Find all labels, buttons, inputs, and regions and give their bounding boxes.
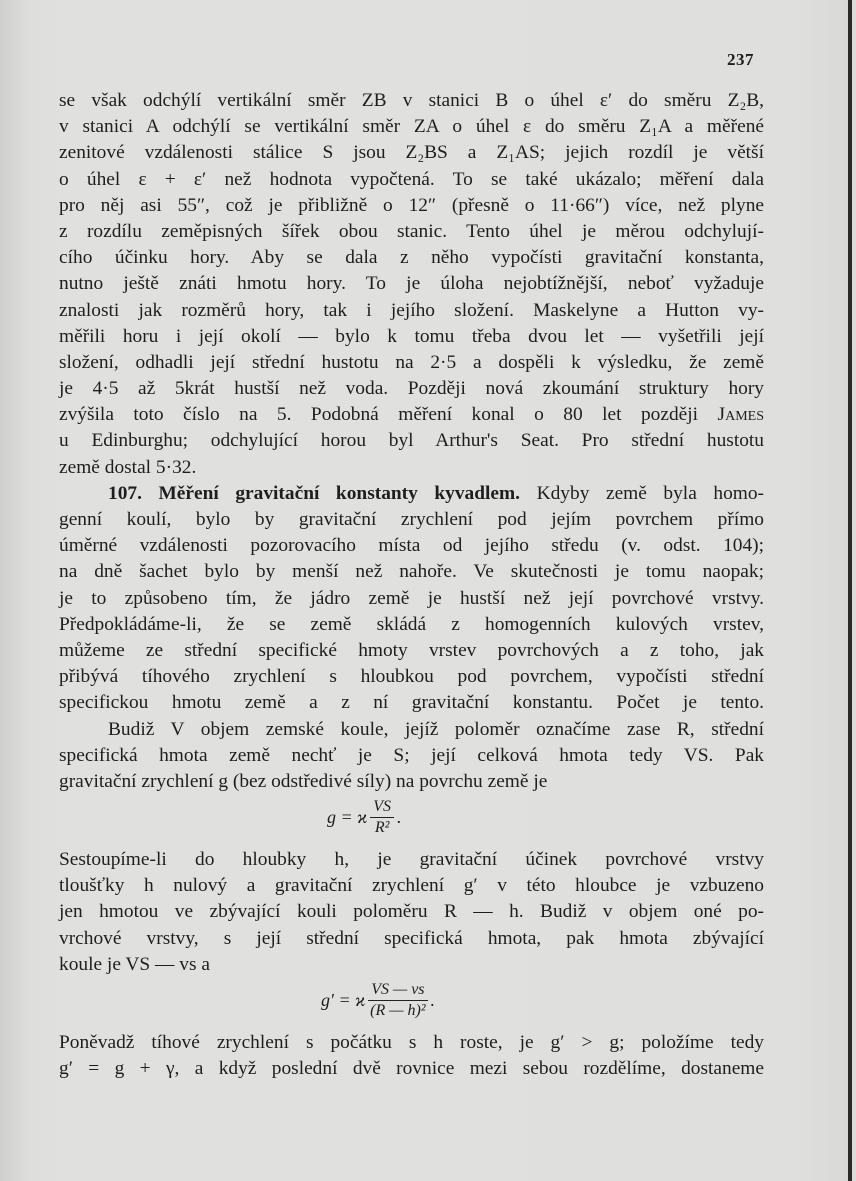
section-heading-line: 107. Měření gravitační konstanty kyvadle… <box>59 481 764 507</box>
text-line: je to způsobeno tím, že jádro země je hu… <box>59 586 764 612</box>
text-line: složení, odhadli její střední hustotu na… <box>59 350 764 376</box>
paragraph-earth-volume: Budiž V objem zemské koule, jejíž polomě… <box>59 717 764 796</box>
text-fragment: zvýšila toto číslo na 5. Podobná měření … <box>59 404 698 425</box>
equation-surface-gravity: g = ϰ VS R² . <box>59 795 764 847</box>
text-line: pro něj asi 55″, což je přibližně o 12″ … <box>59 193 764 219</box>
equation-period: . <box>431 987 436 1013</box>
equation-lhs: g′ = ϰ <box>321 987 365 1013</box>
text-line: zenitové vzdálenosti stálice S jsou Z₂BS… <box>59 140 764 166</box>
text-line: Sestoupíme-li do hloubky h, je gravitačn… <box>59 847 764 873</box>
text-line: se však odchýlí vertikální směr ZB v sta… <box>59 88 764 114</box>
text-line: specifická hmota země nechť je S; její c… <box>59 743 764 769</box>
text-line: tloušťky h nulový a gravitační zrychlení… <box>59 873 764 899</box>
page-number: 237 <box>727 50 754 70</box>
equation-lhs: g = ϰ <box>327 804 367 830</box>
text-line: specifickou hmotu země a z ní gravitační… <box>59 690 764 716</box>
text-line: z rozdílu zeměpisných šířek obou stanic.… <box>59 219 764 245</box>
paragraph-mountain-deflection: se však odchýlí vertikální směr ZB v sta… <box>59 88 764 481</box>
page-body: se však odchýlí vertikální směr ZB v sta… <box>59 88 764 1082</box>
section-heading: 107. Měření gravitační konstanty kyvadle… <box>108 483 520 504</box>
text-line: cího účinku hory. Aby se dala z něho vyp… <box>59 245 764 271</box>
text-line: můžeme ze střední specifické hmoty vrste… <box>59 638 764 664</box>
paragraph-gravity-increase: Poněvadž tíhové zrychlení s počátku s h … <box>59 1030 764 1082</box>
fraction-denominator: (R — h)² <box>370 1001 425 1021</box>
fraction-denominator: R² <box>375 818 390 838</box>
text-line: země dostal 5·32. <box>59 455 764 481</box>
text-line: Poněvadž tíhové zrychlení s počátku s h … <box>59 1030 764 1056</box>
text-line: genní koulí, bylo by gravitační zrychlen… <box>59 507 764 533</box>
text-line: u Edinburghu; odchylující horou byl Arth… <box>59 428 764 454</box>
text-line: úměrné vzdálenosti pozorovacího místa od… <box>59 533 764 559</box>
text-line: v stanici A odchýlí se vertikální směr Z… <box>59 114 764 140</box>
text-line: znalosti jak rozměrů hory, tak i jejího … <box>59 298 764 324</box>
text-line: nutno ještě znáti hmotu hory. To je úloh… <box>59 271 764 297</box>
page-edge <box>848 0 852 1181</box>
text-line: je 4·5 až 5krát hustší než voda. Později… <box>59 376 764 402</box>
paragraph-depth: Sestoupíme-li do hloubky h, je gravitačn… <box>59 847 764 978</box>
text-line: koule je VS — vs a <box>59 952 764 978</box>
text-line: jen hmotou ve zbývající kouli poloměru R… <box>59 899 764 925</box>
fraction: VS R² <box>370 797 394 838</box>
fraction-numerator: VS <box>370 797 394 818</box>
book-page: 237 se však odchýlí vertikální směr ZB v… <box>0 0 852 1181</box>
text-line: g′ = g + γ, a když poslední dvě rovnice … <box>59 1056 764 1082</box>
text-line: Předpokládáme-li, že se země skládá z ho… <box>59 612 764 638</box>
text-line: Budiž V objem zemské koule, jejíž polomě… <box>59 717 764 743</box>
text-line-with-name: zvýšila toto číslo na 5. Podobná měření … <box>59 402 764 428</box>
text-fragment: Kdyby země byla homo- <box>520 483 764 504</box>
text-line: vrchové vrstvy, s její střední specifick… <box>59 926 764 952</box>
author-name-james: James <box>718 404 764 425</box>
text-line: na dně šachet bylo by menší než nahoře. … <box>59 559 764 585</box>
fraction-numerator: VS — vs <box>368 980 427 1001</box>
fraction: VS — vs (R — h)² <box>368 980 427 1021</box>
equation-period: . <box>397 804 402 830</box>
text-line: měřili horu i její okolí — bylo k tomu t… <box>59 324 764 350</box>
text-line: gravitační zrychlení g (bez odstředivé s… <box>59 769 764 795</box>
text-line: o úhel ε + ε′ než hodnota vypočtená. To … <box>59 167 764 193</box>
equation-depth-gravity: g′ = ϰ VS — vs (R — h)² . <box>59 978 764 1030</box>
text-line: přibývá tíhového zrychlení s hloubkou po… <box>59 664 764 690</box>
section-107: 107. Měření gravitační konstanty kyvadle… <box>59 481 764 717</box>
